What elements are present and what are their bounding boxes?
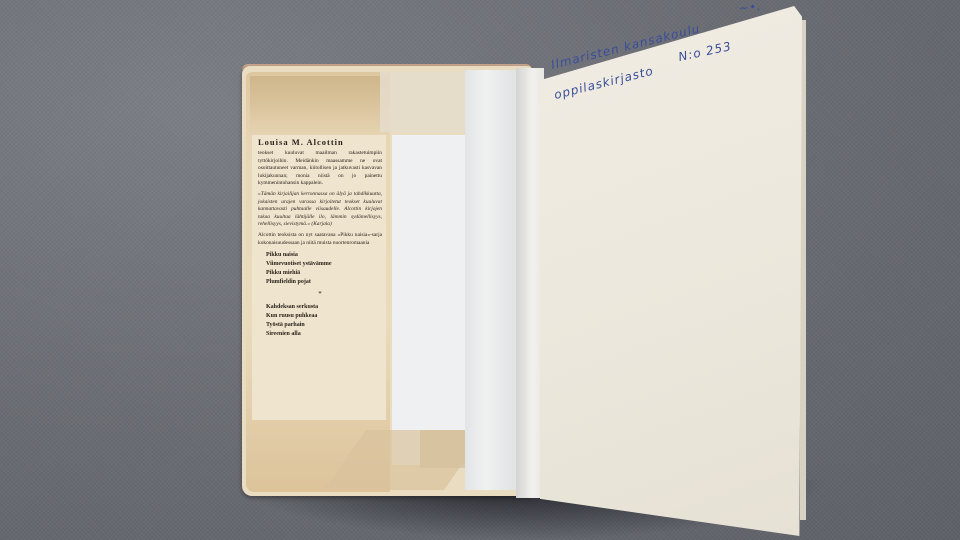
flap-paragraph-2: Alcottin teoksista on nyt saatavana »Pik… xyxy=(258,232,382,247)
list-item: Työstä parhain xyxy=(266,321,382,330)
flap-quote: »Tämän kirjailijan kerronnassa on älyä j… xyxy=(258,191,382,228)
flap-title: Louisa M. Alcottin xyxy=(258,139,382,146)
list-item: Sireenien alla xyxy=(266,330,382,339)
book-gutter xyxy=(516,68,544,498)
tape-top xyxy=(380,72,470,132)
flap-list-1: Pikku naisia Viimevuotiset ystävämme Pik… xyxy=(266,251,382,287)
flap-paragraph-1: teokset kuuluvat maailman rakastetuimpii… xyxy=(258,150,382,187)
flap-separator: * xyxy=(258,291,382,298)
list-item: Viimevuotiset ystävämme xyxy=(266,260,382,269)
list-item: Kun ruusu puhkeaa xyxy=(266,312,382,321)
flap-text: Louisa M. Alcottin teokset kuuluvat maai… xyxy=(258,139,382,339)
list-item: Pikku naisia xyxy=(266,251,382,260)
flap-stain xyxy=(250,76,390,136)
flap-list-2: Kahdeksan serkusta Kun ruusu puhkeaa Työ… xyxy=(266,303,382,339)
list-item: Plumfieldin pojat xyxy=(266,278,382,287)
list-item: Pikku miehiä xyxy=(266,269,382,278)
list-item: Kahdeksan serkusta xyxy=(266,303,382,312)
hinge-tape-strip xyxy=(465,70,517,490)
handwritten-corner-mark: ~•. xyxy=(739,0,762,15)
cover-paper-panel xyxy=(392,135,467,465)
